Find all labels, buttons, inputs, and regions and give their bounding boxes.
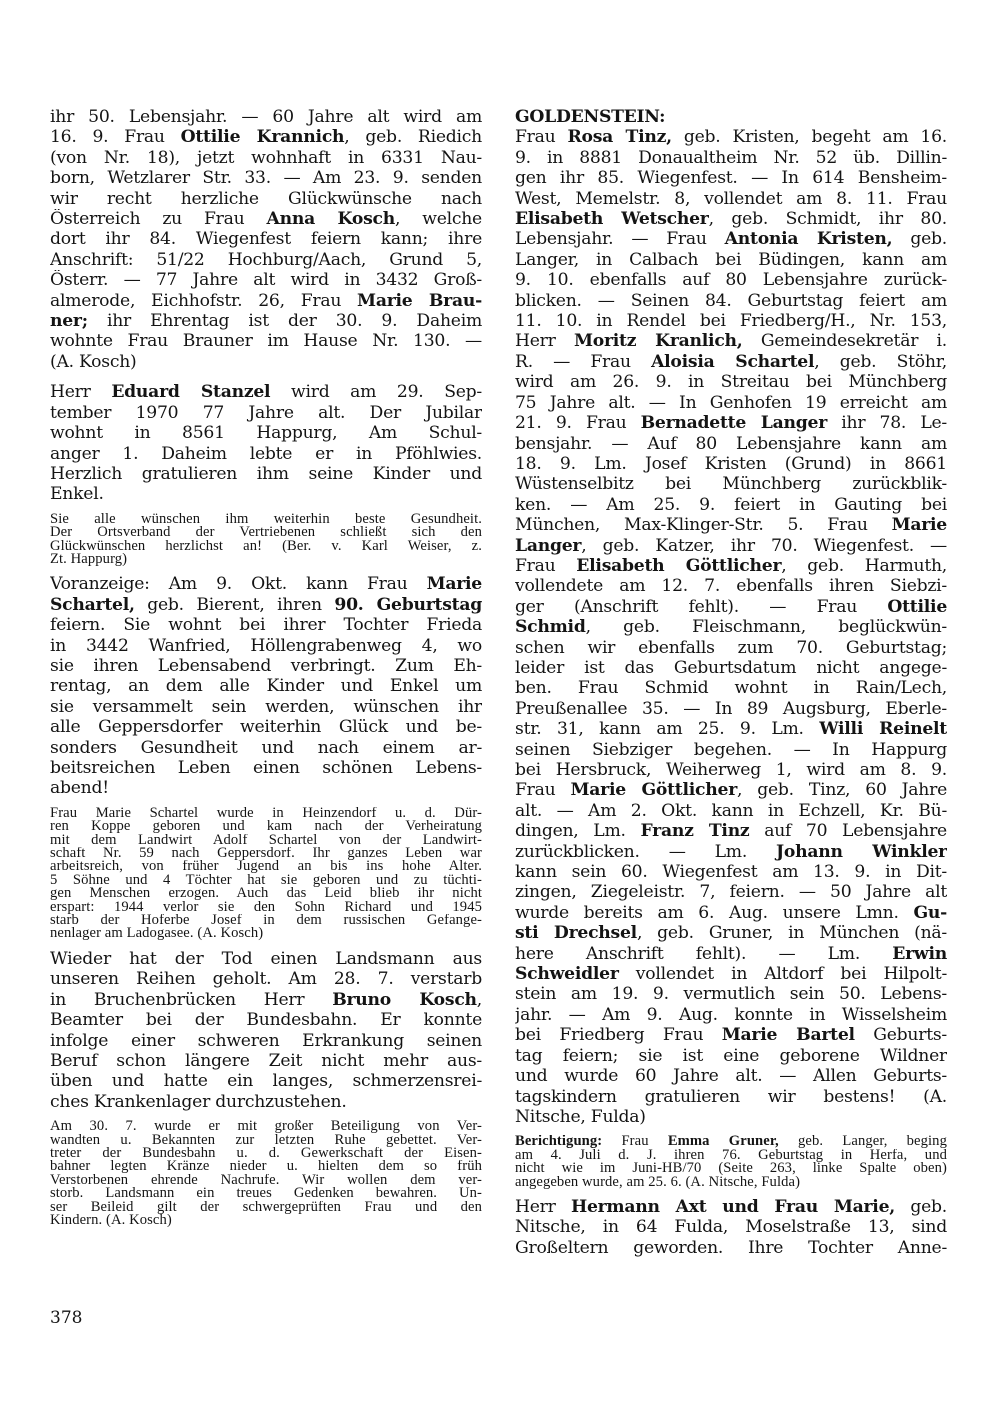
text-line: Beamter bei der Bundesbahn. Er konnte: [50, 1010, 482, 1030]
text-line: ben. Frau Schmid wohnt in Rain/Lech,: [515, 678, 947, 698]
text-line: Elisabeth Wetscher, geb. Schmidt, ihr 80…: [515, 209, 947, 229]
text-line: Herr Moritz Kranlich, Gemeindesekretär i…: [515, 331, 947, 351]
text-run: , geb. Gruner, in München (nä-: [637, 923, 947, 943]
text-run: geb. Bierent, ihren: [135, 595, 335, 615]
text-line: Frau Marie Göttlicher, geb. Tinz, 60 Jah…: [515, 780, 947, 800]
text-run: ,: [477, 990, 482, 1010]
text-run: Anschrift: 51/22 Hochburg/Aach, Grund 5,: [50, 250, 482, 270]
text-run: gen ihr 85. Wiegenfest. — In 614 Benshei…: [515, 168, 947, 188]
text-line: nicht wie im Juni-HB/70 (Seite 263, link…: [515, 1162, 947, 1175]
text-line: angegeben wurde, am 25. 6. (A. Nitsche, …: [515, 1176, 947, 1189]
text-line: ger (Anschrift fehlt). — Frau Ottilie: [515, 597, 947, 617]
text-line: zurückblicken. — Lm. Johann Winkler: [515, 842, 947, 862]
text-run: am 4. Juli d. J. ihren 76. Geburtstag in…: [515, 1149, 947, 1162]
text-run: wandten u. Bekannten zur letzten Ruhe ge…: [50, 1134, 482, 1147]
text-line: in Bruchenbrücken Herr Bruno Kosch,: [50, 990, 482, 1010]
bold-name: Rosa Tinz,: [567, 127, 671, 147]
right-column: GOLDENSTEIN:Frau Rosa Tinz, geb. Kristen…: [515, 107, 947, 1258]
text-line: abend!: [50, 778, 482, 798]
text-run: (von Nr. 18), jetzt wohnhaft in 6331 Nau…: [50, 148, 482, 168]
text-line: Langer, geb. Katzer, ihr 70. Wiegenfest.…: [515, 536, 947, 556]
text-line: Voranzeige: Am 9. Okt. kann Frau Marie: [50, 574, 482, 594]
text-run: , geb. Katzer, ihr 70. Wiegenfest. —: [581, 536, 947, 556]
text-run: sie versammelt sein werden, wünschen ihr: [50, 697, 482, 717]
text-run: Kindern. (A. Kosch): [50, 1214, 172, 1227]
text-run: starb der Hoferbe Josef in dem russische…: [50, 914, 482, 927]
text-run: 5 Söhne und 4 Töchter hat sie geboren un…: [50, 874, 482, 887]
text-line: nenlager am Ladogasee. (A. Kosch): [50, 927, 482, 940]
article-paragraph: ihr 50. Lebensjahr. — 60 Jahre alt wird …: [50, 107, 482, 372]
text-run: Wüstenselbitz bei Münchberg zurückblik-: [515, 474, 947, 494]
text-run: alle Geppersdorfer weiterhin Glück und b…: [50, 717, 482, 737]
bold-name: Hermann Axt und Frau Marie,: [571, 1197, 895, 1217]
text-line: Nitsche, in 64 Fulda, Moselstraße 13, si…: [515, 1217, 947, 1237]
text-run: storb. Landsmann ein treues Gedenken bew…: [50, 1187, 482, 1200]
text-line: Frau Marie Schartel wurde in Heinzendorf…: [50, 807, 482, 820]
text-run: schaft Nr. 59 nach Geppersdorf. Ihr ganz…: [50, 847, 482, 860]
text-line: wohnte Frau Brauner im Hause Nr. 130. —: [50, 331, 482, 351]
text-line: Schmid, geb. Fleischmann, beglückwün-: [515, 617, 947, 637]
text-run: wohnt in 8561 Happurg, Am Schul-: [50, 423, 482, 443]
bold-name: Gu-: [913, 903, 947, 923]
text-run: 21. 9. Frau: [515, 413, 641, 433]
text-line: blicken. — Seinen 84. Geburtstag feiert …: [515, 291, 947, 311]
text-run: Sie alle wünschen ihm weiterhin beste Ge…: [50, 513, 482, 526]
text-line: Nitsche, Fulda): [515, 1107, 947, 1127]
article-paragraph: Voranzeige: Am 9. Okt. kann Frau MarieSc…: [50, 574, 482, 798]
text-run: , geb. Fleischmann, beglückwün-: [586, 617, 947, 637]
article-paragraph: Herr Eduard Stanzel wird am 29. Sep-temb…: [50, 382, 482, 504]
text-run: ches Krankenlager durchzustehen.: [50, 1092, 347, 1112]
text-run: Beamter bei der Bundesbahn. Er konnte: [50, 1010, 482, 1030]
note-paragraph: Sie alle wünschen ihm weiterhin beste Ge…: [50, 513, 482, 567]
bold-name: Schweidler: [515, 964, 619, 984]
text-run: erspart: 1944 verlor sie den Sohn Richar…: [50, 901, 482, 914]
text-line: Österreich zu Frau Anna Kosch, welche: [50, 209, 482, 229]
text-line: Wüstenselbitz bei Münchberg zurückblik-: [515, 474, 947, 494]
text-line: infolge einer schweren Erkrankung seinen: [50, 1031, 482, 1051]
text-run: 9. in 8881 Donaualtheim Nr. 52 üb. Dilli…: [515, 148, 947, 168]
bold-name: 90. Geburtstag: [334, 595, 482, 615]
text-line: ken. — Am 25. 9. feiert in Gauting bei: [515, 495, 947, 515]
bold-name: Schmid: [515, 617, 586, 637]
text-run: sie ihren Lebensabend verbringt. Zum Eh-: [50, 656, 482, 676]
section-heading: GOLDENSTEIN:: [515, 107, 947, 127]
text-run: 11. 10. in Rendel bei Friedberg/H., Nr. …: [515, 311, 947, 331]
text-line: Wieder hat der Tod einen Landsmann aus: [50, 949, 482, 969]
text-line: wurde bereits am 6. Aug. unsere Lmn. Gu-: [515, 903, 947, 923]
text-line: und wurde 60 Jahre alt. — Allen Geburts-: [515, 1066, 947, 1086]
text-run: zingen, Ziegeleistr. 7, feiern. — 50 Jah…: [515, 882, 947, 902]
text-line: bensjahr. — Auf 80 Lebensjahre kann am: [515, 434, 947, 454]
bold-name: ner;: [50, 311, 88, 331]
text-run: wohnte Frau Brauner im Hause Nr. 130. —: [50, 331, 482, 351]
text-line: leider ist das Geburtsdatum nicht angege…: [515, 658, 947, 678]
text-line: ches Krankenlager durchzustehen.: [50, 1092, 482, 1112]
text-line: 16. 9. Frau Ottilie Krannich, geb. Riedi…: [50, 127, 482, 147]
text-line: Preußenallee 35. — In 89 Augsburg, Eberl…: [515, 699, 947, 719]
text-run: Herr: [50, 382, 111, 402]
text-line: Am 30. 7. wurde er mit großer Beteiligun…: [50, 1120, 482, 1133]
text-line: mit dem Landwirt Adolf Schartel von der …: [50, 834, 482, 847]
text-run: 9. 10. ebenfalls auf 80 Lebensjahre zurü…: [515, 270, 947, 290]
text-run: (A. Kosch): [50, 352, 137, 372]
text-line: gen ihr 85. Wiegenfest. — In 614 Benshei…: [515, 168, 947, 188]
text-run: rentag, an dem alle Kinder und Enkel um: [50, 676, 482, 696]
text-line: str. 31, kann am 25. 9. Lm. Willi Reinel…: [515, 719, 947, 739]
text-run: Langer, in Calbach bei Büdingen, kann am: [515, 250, 947, 270]
text-run: zurückblicken. — Lm.: [515, 842, 776, 862]
text-line: Herzlich gratulieren ihm seine Kinder un…: [50, 464, 482, 484]
text-run: Frau: [515, 556, 576, 576]
text-line: gen Menschen erzogen. Auch das Leid blie…: [50, 887, 482, 900]
text-run: mit dem Landwirt Adolf Schartel von der …: [50, 834, 482, 847]
text-run: , geb. Tinz, 60 Jahre: [737, 780, 947, 800]
text-run: bahner legten Kränze nieder u. hielten d…: [50, 1160, 482, 1173]
text-run: Verstorbenen ehrende Nachrufe. Wir wolle…: [50, 1174, 482, 1187]
text-line: Kindern. (A. Kosch): [50, 1214, 482, 1227]
text-run: geb.: [892, 229, 947, 249]
text-run: dort ihr 84. Wiegenfest feiern kann; ihr…: [50, 229, 482, 249]
text-line: schaft Nr. 59 nach Geppersdorf. Ihr ganz…: [50, 847, 482, 860]
text-run: abend!: [50, 778, 109, 798]
text-run: dingen, Lm.: [515, 821, 640, 841]
text-line: Österr. — 77 Jahre alt wird in 3432 Groß…: [50, 270, 482, 290]
text-run: ken. — Am 25. 9. feiert in Gauting bei: [515, 495, 947, 515]
text-line: in 3442 Wanfried, Höllengrabenweg 4, wo: [50, 636, 482, 656]
text-run: bei Friedberg Frau: [515, 1025, 722, 1045]
text-line: Lebensjahr. — Frau Antonia Kristen, geb.: [515, 229, 947, 249]
bold-name: Marie Bartel: [722, 1025, 855, 1045]
text-line: sti Drechsel, geb. Gruner, in München (n…: [515, 923, 947, 943]
bold-name: Anna Kosch: [267, 209, 395, 229]
text-run: 18. 9. Lm. Josef Kristen (Grund) in 8661: [515, 454, 947, 474]
text-line: tag feiern; sie ist eine geborene Wildne…: [515, 1046, 947, 1066]
text-line: Frau Elisabeth Göttlicher, geb. Harmuth,: [515, 556, 947, 576]
text-run: beitsreichen Leben einen schönen Lebens-: [50, 758, 482, 778]
text-line: wandten u. Bekannten zur letzten Ruhe ge…: [50, 1134, 482, 1147]
bold-name: GOLDENSTEIN:: [515, 107, 665, 127]
text-run: Zt. Happurg): [50, 553, 127, 566]
article-paragraph: Frau Rosa Tinz, geb. Kristen, begeht am …: [515, 127, 947, 1127]
text-run: kann sein 60. Wiegenfest am 13. 9. in Di…: [515, 862, 947, 882]
text-run: Voranzeige: Am 9. Okt. kann Frau: [50, 574, 427, 594]
text-line: feiern. Sie wohnt bei ihrer Tochter Frie…: [50, 615, 482, 635]
text-run: Frau Marie Schartel wurde in Heinzendorf…: [50, 807, 482, 820]
bold-name: Elisabeth Göttlicher: [576, 556, 781, 576]
text-run: ren Koppe geboren und kam nach der Verhe…: [50, 820, 482, 833]
article-paragraph: Herr Hermann Axt und Frau Marie, geb.Nit…: [515, 1197, 947, 1258]
text-run: ser Beileid gilt der schwergeprüften Fra…: [50, 1201, 482, 1214]
bold-name: Marie: [892, 515, 947, 535]
text-run: geb. Kristen, begeht am 16.: [672, 127, 947, 147]
text-line: 11. 10. in Rendel bei Friedberg/H., Nr. …: [515, 311, 947, 331]
text-run: almerode, Eichhofstr. 26, Frau: [50, 291, 357, 311]
text-run: str. 31, kann am 25. 9. Lm.: [515, 719, 819, 739]
text-line: beitsreichen Leben einen schönen Lebens-: [50, 758, 482, 778]
text-run: Großeltern geworden. Ihre Tochter Anne-: [515, 1238, 947, 1258]
text-run: gen Menschen erzogen. Auch das Leid blie…: [50, 887, 482, 900]
text-line: ren Koppe geboren und kam nach der Verhe…: [50, 820, 482, 833]
text-line: 21. 9. Frau Bernadette Langer ihr 78. Le…: [515, 413, 947, 433]
bold-name: Marie Brau-: [357, 291, 482, 311]
text-run: Preußenallee 35. — In 89 Augsburg, Eberl…: [515, 699, 947, 719]
text-line: Herr Eduard Stanzel wird am 29. Sep-: [50, 382, 482, 402]
text-run: Österr. — 77 Jahre alt wird in 3432 Groß…: [50, 270, 482, 290]
text-line: kann sein 60. Wiegenfest am 13. 9. in Di…: [515, 862, 947, 882]
note-paragraph: Berichtigung: Frau Emma Gruner, geb. Lan…: [515, 1135, 947, 1189]
note-paragraph: Frau Marie Schartel wurde in Heinzendorf…: [50, 807, 482, 941]
text-run: auf 70 Lebensjahre: [749, 821, 947, 841]
text-line: Sie alle wünschen ihm weiterhin beste Ge…: [50, 513, 482, 526]
text-line: bei Hersbruck, Weiherweg 1, wird am 8. 9…: [515, 760, 947, 780]
text-run: tag feiern; sie ist eine geborene Wildne…: [515, 1046, 947, 1066]
text-line: alt. — Am 2. Okt. kann in Echzell, Kr. B…: [515, 801, 947, 821]
text-line: here Anschrift fehlt). — Lm. Erwin: [515, 944, 947, 964]
note-paragraph: Am 30. 7. wurde er mit großer Beteiligun…: [50, 1120, 482, 1227]
text-run: Herr: [515, 331, 574, 351]
bold-name: Eduard Stanzel: [111, 382, 270, 402]
bold-name: Bruno Kosch: [332, 990, 477, 1010]
text-line: bahner legten Kränze nieder u. hielten d…: [50, 1160, 482, 1173]
text-run: Herzlich gratulieren ihm seine Kinder un…: [50, 464, 482, 484]
text-line: jahr. — Am 9. Aug. konnte in Wisselsheim: [515, 1005, 947, 1025]
text-run: tember 1970 77 Jahre alt. Der Jubilar: [50, 403, 482, 423]
text-line: 75 Jahre alt. — In Genhofen 19 erreicht …: [515, 393, 947, 413]
text-run: Am 30. 7. wurde er mit großer Beteiligun…: [50, 1120, 482, 1133]
text-line: Beruf schon längere Zeit nicht mehr aus-: [50, 1051, 482, 1071]
text-line: üben und hatte ein langes, schmerzensrei…: [50, 1071, 482, 1091]
text-line: wird am 26. 9. in Streitau bei Münchberg: [515, 372, 947, 392]
text-line: Anschrift: 51/22 Hochburg/Aach, Grund 5,: [50, 250, 482, 270]
text-run: Nitsche, Fulda): [515, 1107, 646, 1127]
text-run: ger (Anschrift fehlt). — Frau: [515, 597, 887, 617]
text-run: bei Hersbruck, Weiherweg 1, wird am 8. 9…: [515, 760, 947, 780]
text-line: ihr 50. Lebensjahr. — 60 Jahre alt wird …: [50, 107, 482, 127]
text-line: Der Ortsverband der Vertriebenen schließ…: [50, 526, 482, 539]
text-line: 18. 9. Lm. Josef Kristen (Grund) in 8661: [515, 454, 947, 474]
text-line: R. — Frau Aloisia Schartel, geb. Stöhr,: [515, 352, 947, 372]
text-line: Enkel.: [50, 484, 482, 504]
text-line: rentag, an dem alle Kinder und Enkel um: [50, 676, 482, 696]
text-run: wir recht herzliche Glückwünsche nach: [50, 189, 482, 209]
text-run: unseren Reihen geholt. Am 28. 7. verstar…: [50, 969, 482, 989]
text-run: , geb. Riedich: [344, 127, 482, 147]
text-run: Nitsche, in 64 Fulda, Moselstraße 13, si…: [515, 1217, 947, 1237]
text-run: 16. 9. Frau: [50, 127, 181, 147]
text-run: in Bruchenbrücken Herr: [50, 990, 332, 1010]
text-line: Herr Hermann Axt und Frau Marie, geb.: [515, 1197, 947, 1217]
bold-name: Berichtigung:: [515, 1135, 602, 1148]
text-run: wird am 29. Sep-: [270, 382, 482, 402]
bold-name: Schartel,: [50, 595, 135, 615]
text-line: 9. 10. ebenfalls auf 80 Lebensjahre zurü…: [515, 270, 947, 290]
text-run: Glückwünschen herzlichst an! (Ber. v. Ka…: [50, 540, 482, 553]
text-run: Gemeindesekretär i.: [743, 331, 947, 351]
text-line: tember 1970 77 Jahre alt. Der Jubilar: [50, 403, 482, 423]
bold-name: Ottilie: [887, 597, 947, 617]
text-line: sie versammelt sein werden, wünschen ihr: [50, 697, 482, 717]
text-run: Enkel.: [50, 484, 104, 504]
article-paragraph: Wieder hat der Tod einen Landsmann ausun…: [50, 949, 482, 1112]
text-run: leider ist das Geburtsdatum nicht angege…: [515, 658, 947, 678]
text-run: Frau: [515, 127, 567, 147]
text-line: Zt. Happurg): [50, 553, 482, 566]
text-line: born, Wetzlarer Str. 33. — Am 23. 9. sen…: [50, 168, 482, 188]
text-run: Wieder hat der Tod einen Landsmann aus: [50, 949, 482, 969]
text-line: Glückwünschen herzlichst an! (Ber. v. Ka…: [50, 540, 482, 553]
text-run: und wurde 60 Jahre alt. — Allen Geburts-: [515, 1066, 947, 1086]
text-run: arbeitsreich, von früher Jugend an bis i…: [50, 860, 482, 873]
text-run: geb. Langer, beging: [779, 1135, 947, 1148]
text-run: Herr: [515, 1197, 571, 1217]
text-run: , welche: [395, 209, 482, 229]
bold-name: Marie: [427, 574, 482, 594]
text-line: 5 Söhne und 4 Töchter hat sie geboren un…: [50, 874, 482, 887]
bold-name: Franz Tinz: [640, 821, 749, 841]
text-line: arbeitsreich, von früher Jugend an bis i…: [50, 860, 482, 873]
text-run: ihr Ehrentag ist der 30. 9. Daheim: [88, 311, 482, 331]
text-run: sonders Gesundheit und nach einem ar-: [50, 738, 482, 758]
text-line: erspart: 1944 verlor sie den Sohn Richar…: [50, 901, 482, 914]
text-run: here Anschrift fehlt). — Lm.: [515, 944, 892, 964]
text-line: 9. in 8881 Donaualtheim Nr. 52 üb. Dilli…: [515, 148, 947, 168]
text-run: Österreich zu Frau: [50, 209, 267, 229]
text-line: Berichtigung: Frau Emma Gruner, geb. Lan…: [515, 1135, 947, 1148]
text-run: Der Ortsverband der Vertriebenen schließ…: [50, 526, 482, 539]
text-line: Langer, in Calbach bei Büdingen, kann am: [515, 250, 947, 270]
text-run: Beruf schon längere Zeit nicht mehr aus-: [50, 1051, 482, 1071]
text-line: West, Memelstr. 8, vollendet am 8. 11. F…: [515, 189, 947, 209]
bold-name: Ottilie Krannich: [181, 127, 345, 147]
text-line: München, Max-Klinger-Str. 5. Frau Marie: [515, 515, 947, 535]
bold-name: Langer: [515, 536, 581, 556]
text-run: vollendete am 12. 7. ebenfalls ihren Sie…: [515, 576, 947, 596]
text-run: anger 1. Daheim lebte er in Pföhlwies.: [50, 444, 482, 464]
text-run: 75 Jahre alt. — In Genhofen 19 erreicht …: [515, 393, 947, 413]
text-run: geb.: [895, 1197, 947, 1217]
text-line: alle Geppersdorfer weiterhin Glück und b…: [50, 717, 482, 737]
text-run: bensjahr. — Auf 80 Lebensjahre kann am: [515, 434, 947, 454]
text-run: Frau: [602, 1135, 668, 1148]
text-line: Frau Rosa Tinz, geb. Kristen, begeht am …: [515, 127, 947, 147]
text-line: zingen, Ziegeleistr. 7, feiern. — 50 Jah…: [515, 882, 947, 902]
text-line: schen wir ebenfalls zum 70. Geburtstag;: [515, 638, 947, 658]
text-run: ihr 50. Lebensjahr. — 60 Jahre alt wird …: [50, 107, 482, 127]
text-run: München, Max-Klinger-Str. 5. Frau: [515, 515, 892, 535]
text-run: stein am 19. 9. vermutlich sein 50. Lebe…: [515, 984, 947, 1004]
text-line: dort ihr 84. Wiegenfest feiern kann; ihr…: [50, 229, 482, 249]
text-line: starb der Hoferbe Josef in dem russische…: [50, 914, 482, 927]
text-line: am 4. Juli d. J. ihren 76. Geburtstag in…: [515, 1149, 947, 1162]
text-run: nicht wie im Juni-HB/70 (Seite 263, link…: [515, 1162, 947, 1175]
left-column: ihr 50. Lebensjahr. — 60 Jahre alt wird …: [50, 107, 482, 1235]
text-line: dingen, Lm. Franz Tinz auf 70 Lebensjahr…: [515, 821, 947, 841]
text-line: treter der Bundesbahn u. d. Gewerkschaft…: [50, 1147, 482, 1160]
bold-name: Willi Reinelt: [819, 719, 947, 739]
text-run: wird am 26. 9. in Streitau bei Münchberg: [515, 372, 947, 392]
bold-name: Johann Winkler: [776, 842, 947, 862]
bold-name: Emma Gruner,: [668, 1135, 779, 1148]
text-line: unseren Reihen geholt. Am 28. 7. verstar…: [50, 969, 482, 989]
text-run: blicken. — Seinen 84. Geburtstag feiert …: [515, 291, 947, 311]
text-run: alt. — Am 2. Okt. kann in Echzell, Kr. B…: [515, 801, 947, 821]
text-line: Verstorbenen ehrende Nachrufe. Wir wolle…: [50, 1174, 482, 1187]
text-run: schen wir ebenfalls zum 70. Geburtstag;: [515, 638, 947, 658]
text-run: wurde bereits am 6. Aug. unsere Lmn.: [515, 903, 913, 923]
text-line: storb. Landsmann ein treues Gedenken bew…: [50, 1187, 482, 1200]
text-line: seinen Siebziger begehen. — In Happurg: [515, 740, 947, 760]
text-run: , geb. Schmidt, ihr 80.: [709, 209, 947, 229]
text-line: ner; ihr Ehrentag ist der 30. 9. Daheim: [50, 311, 482, 331]
text-run: angegeben wurde, am 25. 6. (A. Nitsche, …: [515, 1176, 800, 1189]
text-line: Großeltern geworden. Ihre Tochter Anne-: [515, 1238, 947, 1258]
text-run: vollendet in Altdorf bei Hilpolt-: [619, 964, 947, 984]
bold-name: Moritz Kranlich,: [574, 331, 743, 351]
text-line: bei Friedberg Frau Marie Bartel Geburts-: [515, 1025, 947, 1045]
text-run: jahr. — Am 9. Aug. konnte in Wisselsheim: [515, 1005, 947, 1025]
text-line: GOLDENSTEIN:: [515, 107, 947, 127]
text-run: , geb. Harmuth,: [781, 556, 947, 576]
text-line: (A. Kosch): [50, 352, 482, 372]
text-run: ihr 78. Le-: [827, 413, 947, 433]
text-run: infolge einer schweren Erkrankung seinen: [50, 1031, 482, 1051]
text-run: Lebensjahr. — Frau: [515, 229, 725, 249]
text-line: anger 1. Daheim lebte er in Pföhlwies.: [50, 444, 482, 464]
text-run: ben. Frau Schmid wohnt in Rain/Lech,: [515, 678, 947, 698]
bold-name: Antonia Kristen,: [725, 229, 893, 249]
text-run: treter der Bundesbahn u. d. Gewerkschaft…: [50, 1147, 482, 1160]
text-run: Frau: [515, 780, 571, 800]
text-run: seinen Siebziger begehen. — In Happurg: [515, 740, 947, 760]
text-line: (von Nr. 18), jetzt wohnhaft in 6331 Nau…: [50, 148, 482, 168]
text-run: feiern. Sie wohnt bei ihrer Tochter Frie…: [50, 615, 482, 635]
bold-name: Elisabeth Wetscher: [515, 209, 709, 229]
text-run: R. — Frau: [515, 352, 651, 372]
text-line: sonders Gesundheit und nach einem ar-: [50, 738, 482, 758]
text-run: tagskindern gratulieren wir bestens! (A.: [515, 1087, 947, 1107]
bold-name: Erwin: [892, 944, 947, 964]
text-line: sie ihren Lebensabend verbringt. Zum Eh-: [50, 656, 482, 676]
text-run: Geburts-: [855, 1025, 947, 1045]
text-line: Schweidler vollendet in Altdorf bei Hilp…: [515, 964, 947, 984]
text-run: born, Wetzlarer Str. 33. — Am 23. 9. sen…: [50, 168, 482, 188]
text-line: wir recht herzliche Glückwünsche nach: [50, 189, 482, 209]
text-line: tagskindern gratulieren wir bestens! (A.: [515, 1087, 947, 1107]
text-run: üben und hatte ein langes, schmerzensrei…: [50, 1071, 482, 1091]
bold-name: Marie Göttlicher: [571, 780, 738, 800]
text-run: West, Memelstr. 8, vollendet am 8. 11. F…: [515, 189, 947, 209]
text-line: Schartel, geb. Bierent, ihren 90. Geburt…: [50, 595, 482, 615]
text-line: stein am 19. 9. vermutlich sein 50. Lebe…: [515, 984, 947, 1004]
text-run: nenlager am Ladogasee. (A. Kosch): [50, 927, 263, 940]
text-line: almerode, Eichhofstr. 26, Frau Marie Bra…: [50, 291, 482, 311]
text-run: in 3442 Wanfried, Höllengrabenweg 4, wo: [50, 636, 482, 656]
bold-name: Bernadette Langer: [641, 413, 827, 433]
text-run: , geb. Stöhr,: [814, 352, 947, 372]
page-number: 378: [50, 1308, 82, 1328]
text-line: ser Beileid gilt der schwergeprüften Fra…: [50, 1201, 482, 1214]
text-line: wohnt in 8561 Happurg, Am Schul-: [50, 423, 482, 443]
bold-name: sti Drechsel: [515, 923, 637, 943]
text-line: vollendete am 12. 7. ebenfalls ihren Sie…: [515, 576, 947, 596]
bold-name: Aloisia Schartel: [651, 352, 814, 372]
